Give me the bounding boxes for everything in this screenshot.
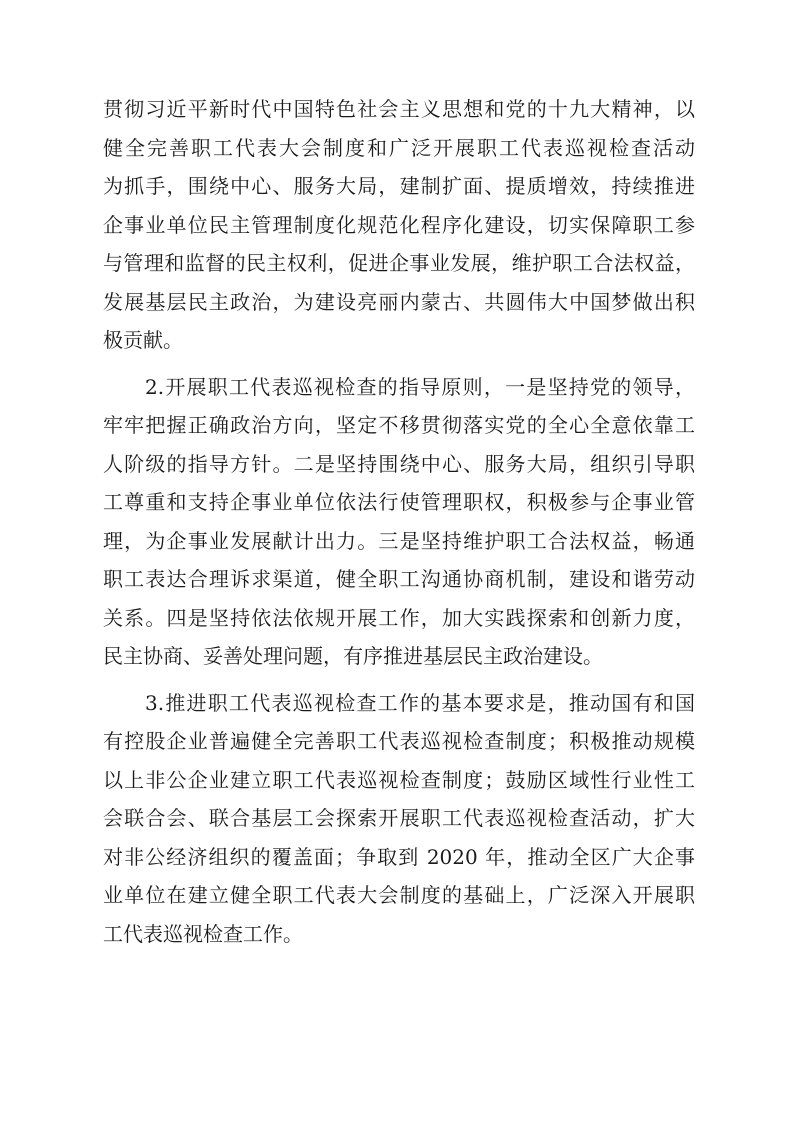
text-line: 企事业单位民主管理制度化规范化程序化建设，切实保障职工参 bbox=[103, 210, 695, 249]
paragraph-guiding-principles: 2.开展职工代表巡视检查的指导原则，一是坚持党的领导， 牢牢把握正确政治方向，坚… bbox=[103, 372, 695, 680]
document-page: 贯彻习近平新时代中国特色社会主义思想和党的十九大精神，以 健全完善职工代表大会制… bbox=[103, 94, 695, 965]
text-line: 人阶级的指导方针。二是坚持围绕中心、服务大局，组织引导职 bbox=[103, 449, 695, 488]
text-line: 为抓手，围绕中心、服务大局，建制扩面、提质增效，持续推进 bbox=[103, 171, 695, 210]
text-line: 2.开展职工代表巡视检查的指导原则，一是坚持党的领导， bbox=[103, 372, 695, 411]
text-line: 贯彻习近平新时代中国特色社会主义思想和党的十九大精神，以 bbox=[103, 94, 695, 133]
text-line: 职工表达合理诉求渠道，健全职工沟通协商机制，建设和谐劳动 bbox=[103, 564, 695, 603]
text-line: 理，为企事业发展献计出力。三是坚持维护职工合法权益，畅通 bbox=[103, 526, 695, 565]
text-line: 发展基层民主政治，为建设亮丽内蒙古、共圆伟大中国梦做出积 bbox=[103, 287, 695, 326]
text-line: 民主协商、妥善处理问题，有序推进基层民主政治建设。 bbox=[103, 641, 695, 680]
text-line: 会联合会、联合基层工会探索开展职工代表巡视检查活动，扩大 bbox=[103, 803, 695, 842]
text-line: 牢牢把握正确政治方向，坚定不移贯彻落实党的全心全意依靠工 bbox=[103, 410, 695, 449]
text-line: 关系。四是坚持依法依规开展工作，加大实践探索和创新力度， bbox=[103, 603, 695, 642]
text-line: 极贡献。 bbox=[103, 325, 695, 364]
paragraph-basic-requirements: 3.推进职工代表巡视检查工作的基本要求是，推动国有和国 有控股企业普遍健全完善职… bbox=[103, 688, 695, 958]
text-line: 3.推进职工代表巡视检查工作的基本要求是，推动国有和国 bbox=[103, 688, 695, 727]
text-line: 以上非公企业建立职工代表巡视检查制度；鼓励区域性行业性工 bbox=[103, 765, 695, 804]
text-line: 健全完善职工代表大会制度和广泛开展职工代表巡视检查活动 bbox=[103, 133, 695, 172]
text-line: 工尊重和支持企事业单位依法行使管理职权，积极参与企事业管 bbox=[103, 487, 695, 526]
text-line: 对非公经济组织的覆盖面；争取到 2020 年，推动全区广大企事 bbox=[103, 842, 695, 881]
text-line: 与管理和监督的民主权利，促进企事业发展，维护职工合法权益， bbox=[103, 248, 695, 287]
text-line: 有控股企业普遍健全完善职工代表巡视检查制度；积极推动规模 bbox=[103, 726, 695, 765]
paragraph-guiding-ideology: 贯彻习近平新时代中国特色社会主义思想和党的十九大精神，以 健全完善职工代表大会制… bbox=[103, 94, 695, 364]
text-line: 业单位在建立健全职工代表大会制度的基础上，广泛深入开展职 bbox=[103, 880, 695, 919]
text-line: 工代表巡视检查工作。 bbox=[103, 919, 695, 958]
